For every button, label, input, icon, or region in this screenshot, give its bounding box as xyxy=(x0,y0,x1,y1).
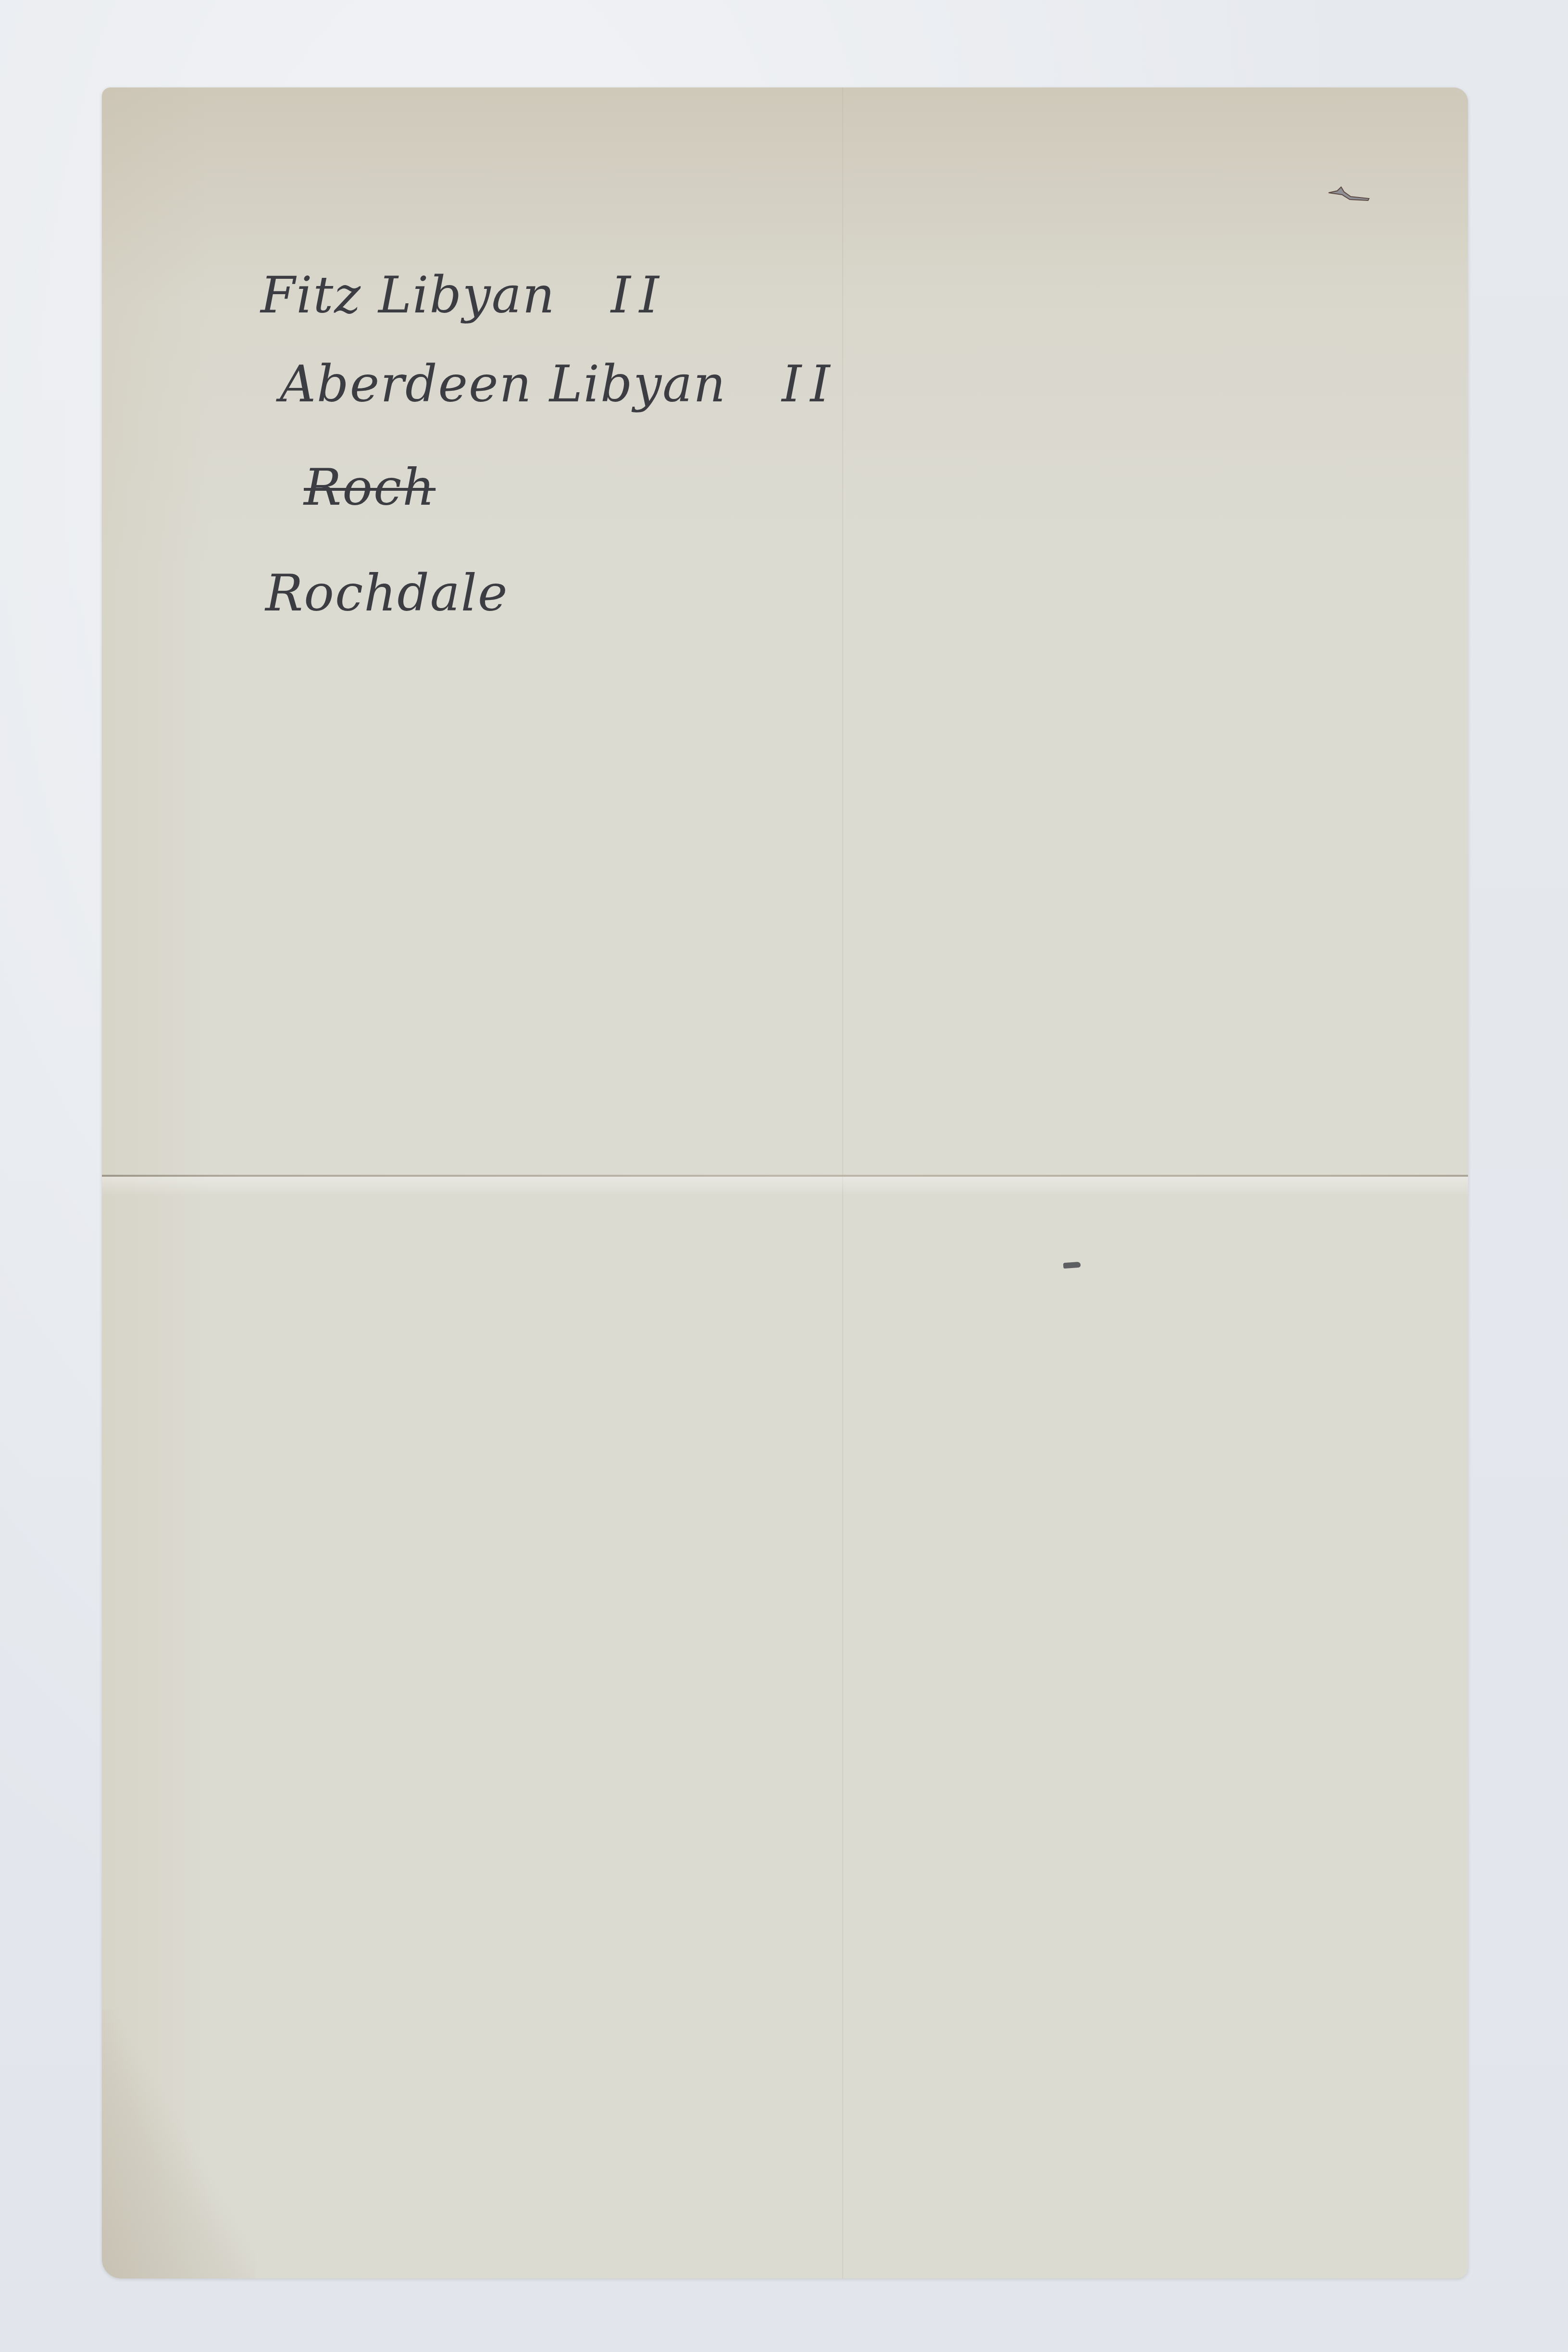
tally-mark: II xyxy=(782,355,838,413)
note-text: Fitz Libyan xyxy=(261,266,556,324)
tally-mark: II xyxy=(611,266,668,324)
fold-shadow xyxy=(102,1177,1468,1196)
note-line-3-struck: Roch xyxy=(304,462,436,512)
small-tear-icon xyxy=(1328,186,1371,202)
note-text: Aberdeen Libyan xyxy=(280,355,726,413)
ink-mark xyxy=(1063,1262,1081,1269)
note-line-4: Rochdale xyxy=(265,568,509,618)
paper-sheet: Fitz Libyan II Aberdeen Libyan II Roch R… xyxy=(102,87,1468,2278)
note-text: Roch xyxy=(304,458,436,517)
corner-crease xyxy=(102,2009,256,2278)
note-line-2: Aberdeen Libyan II xyxy=(280,359,839,409)
note-line-1: Fitz Libyan II xyxy=(261,270,668,320)
note-text: Rochdale xyxy=(265,564,509,622)
